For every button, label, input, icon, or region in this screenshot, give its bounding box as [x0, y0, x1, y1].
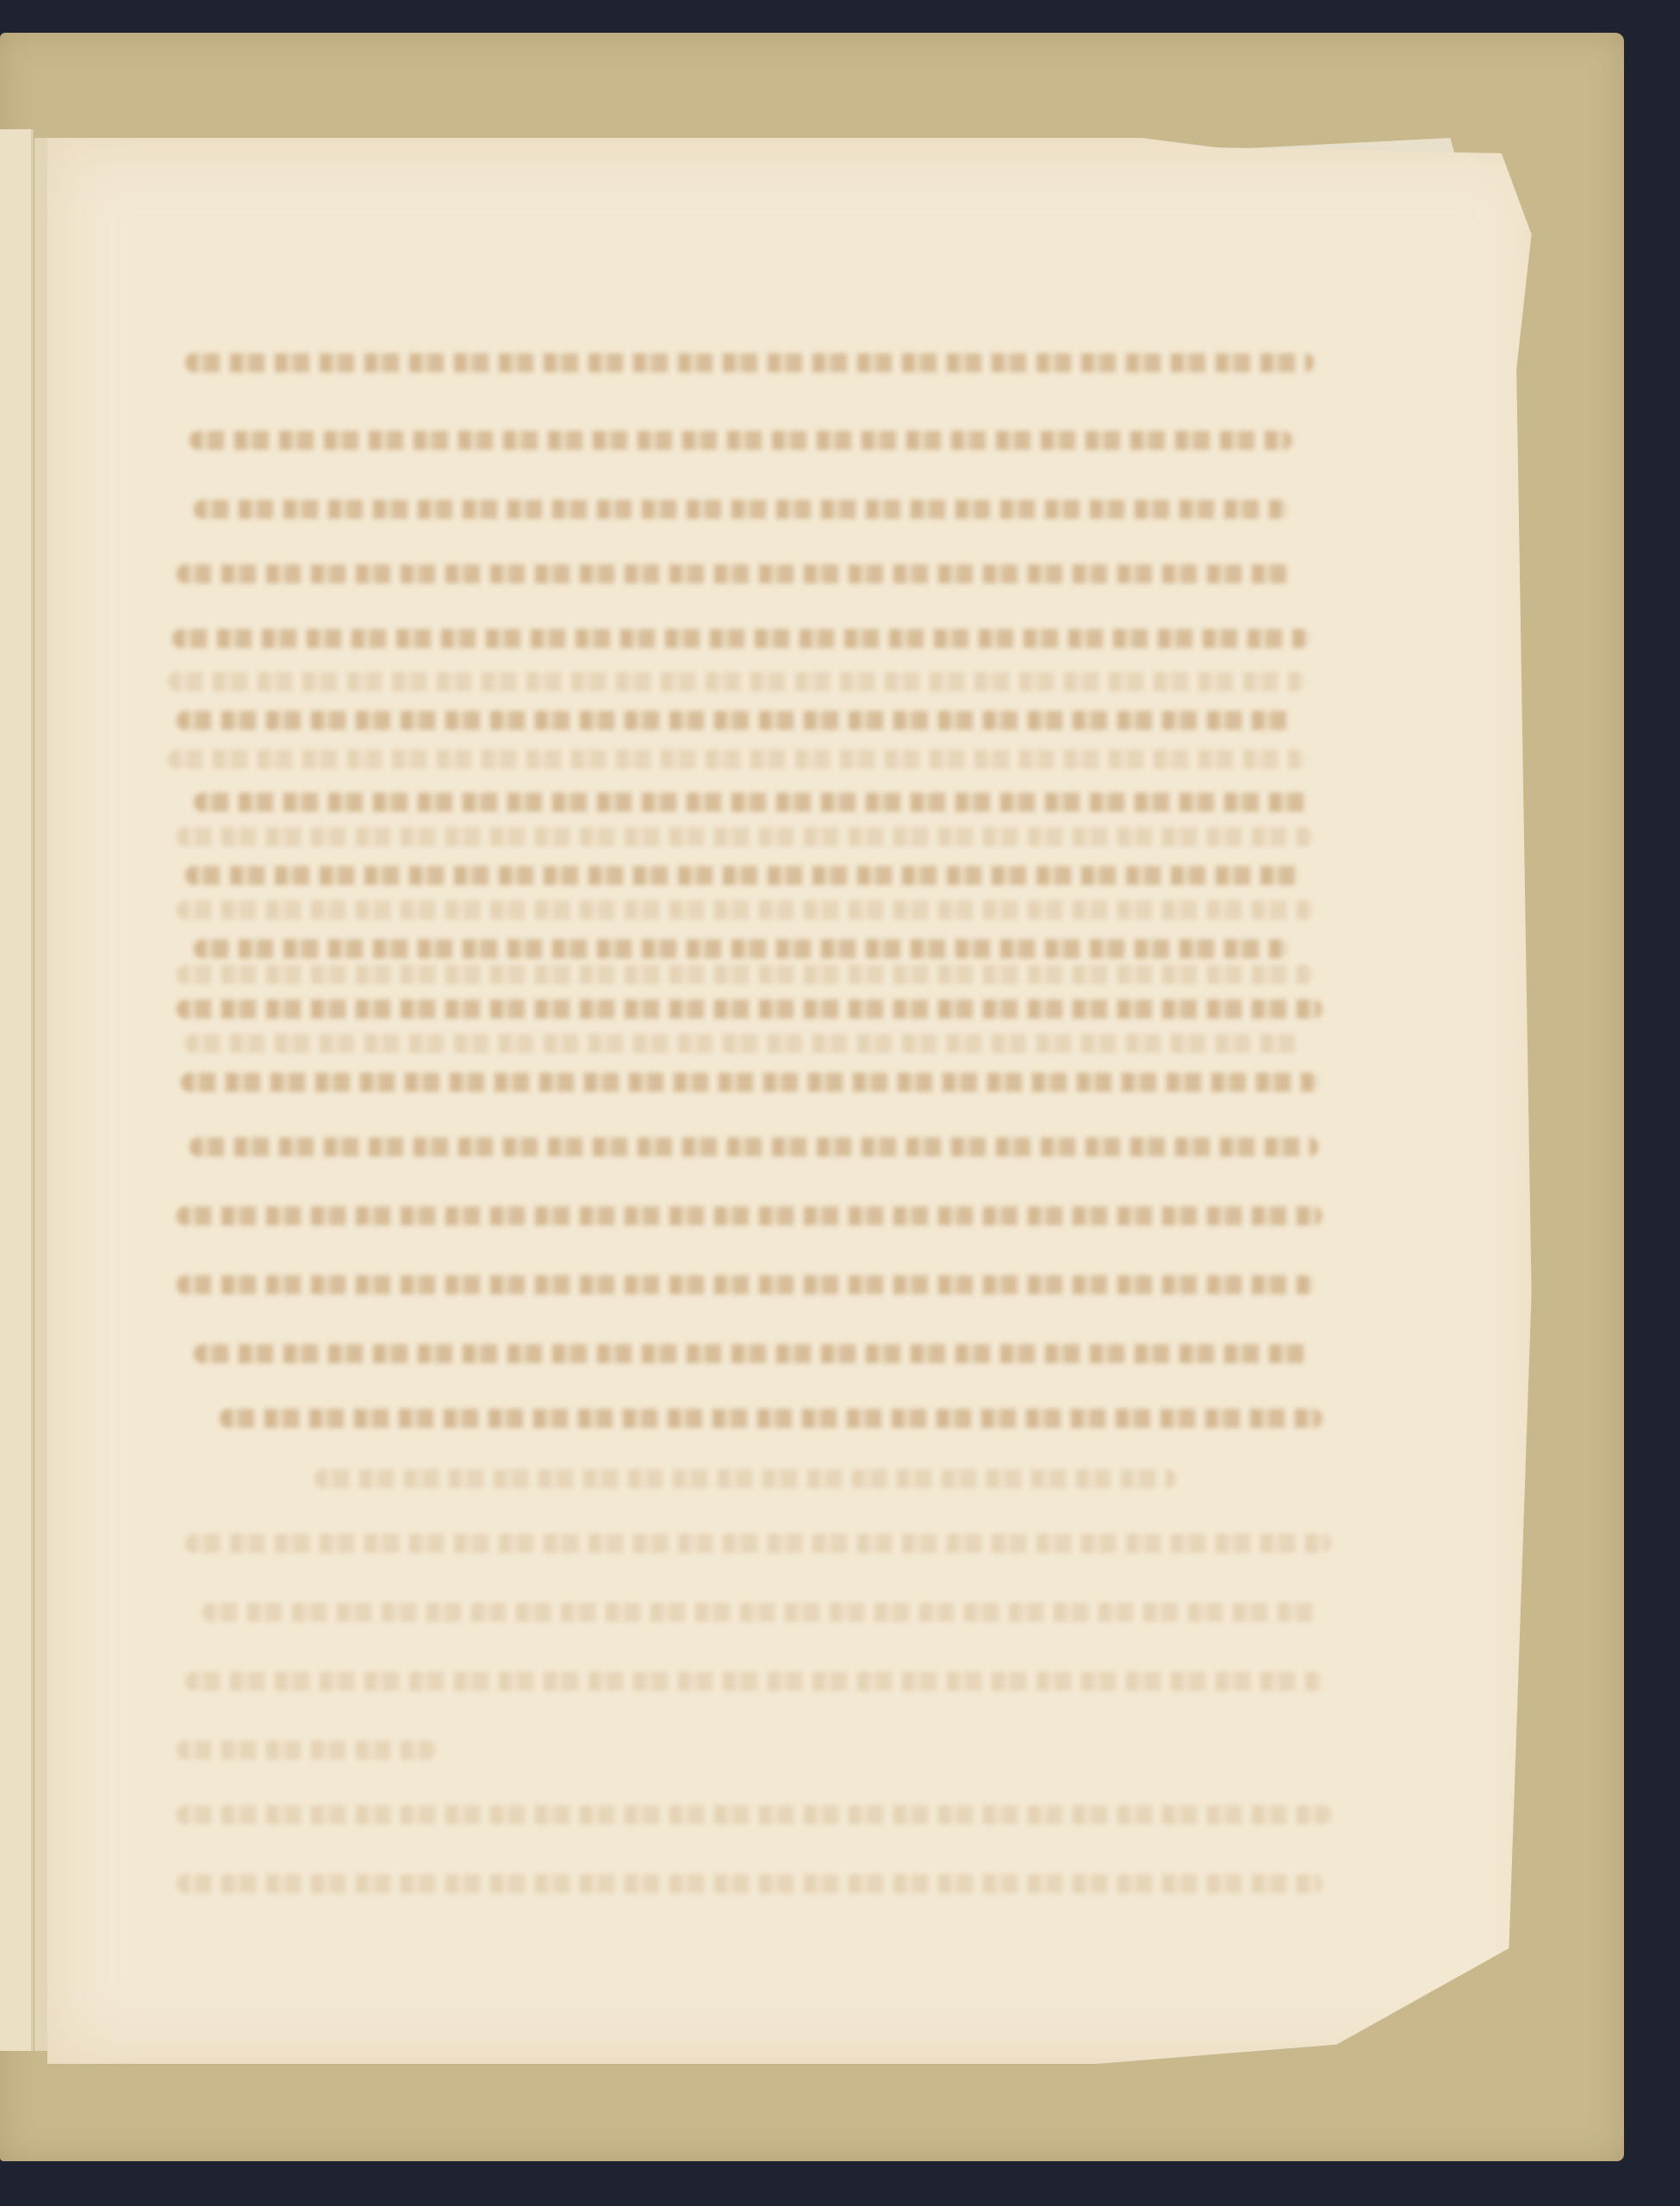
- facing-page-edge: [0, 129, 34, 2051]
- manuscript-leaf: illegible (bleed-through from reverse si…: [47, 138, 1546, 2064]
- bleed-through-text: [47, 138, 1546, 2064]
